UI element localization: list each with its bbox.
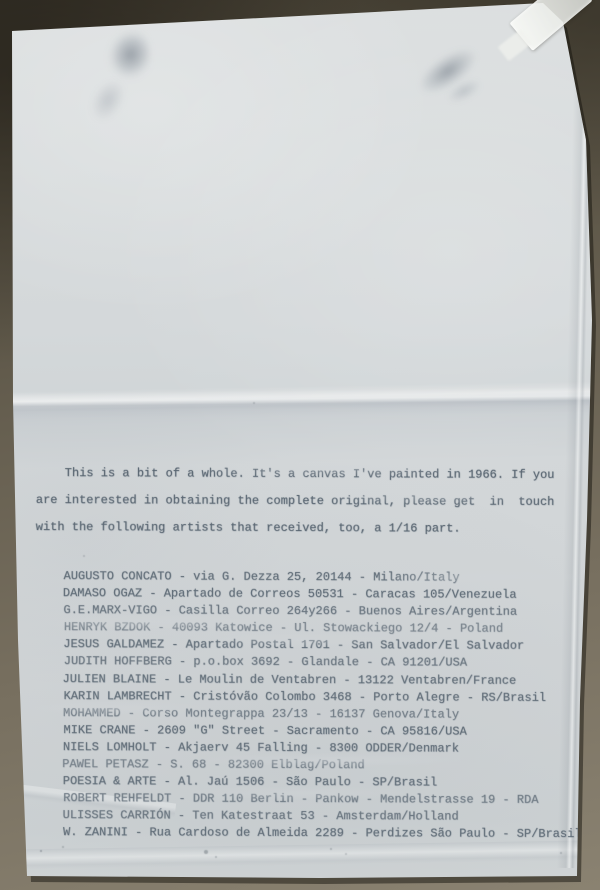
typed-line: ULISSES CARRIÓN - Ten Katestraat 53 - Am… <box>63 807 582 826</box>
typed-line: HENRYK BZDOK - 40093 Katowice - Ul. Stow… <box>64 619 583 638</box>
typed-line: MIKE CRANE - 2609 "G" Street - Sacrament… <box>63 722 582 741</box>
typed-line: G.E.MARX-VIGO - Casilla Correo 264y266 -… <box>63 602 582 621</box>
typed-line: MOHAMMED - Corso Montegrappa 23/13 - 161… <box>63 705 582 724</box>
letter-paragraph: This is a bit of a whole. It's a canvas … <box>36 460 555 543</box>
typed-line: DAMASO OGAZ - Apartado de Correos 50531 … <box>63 585 582 604</box>
typed-text-area: This is a bit of a whole. It's a canvas … <box>0 0 600 890</box>
typed-line: NIELS LOMHOLT - Akjaerv 45 Falling - 830… <box>63 739 582 758</box>
typed-line: KARIN LAMBRECHT - Cristóvão Colombo 3468… <box>64 688 583 707</box>
typed-line: W. ZANINI - Rua Cardoso de Almeida 2289 … <box>63 824 582 843</box>
typed-line: JUDITH HOFFBERG - p.o.box 3692 - Glandal… <box>64 654 583 673</box>
typed-line: PAWEL PETASZ - S. 68 - 82300 Elblag/Pola… <box>62 756 581 775</box>
dirt-specks <box>0 0 2 2</box>
typed-line: JULIEN BLAINE - Le Moulin de Ventabren -… <box>63 671 582 690</box>
typed-line: POESIA & ARTE - Al. Jaú 1506 - São Paulo… <box>63 773 582 792</box>
letter-paper: This is a bit of a whole. It's a canvas … <box>0 0 600 890</box>
recipient-list: AUGUSTO CONCATO - via G. Dezza 25, 20144… <box>63 568 583 843</box>
typed-line: JESUS GALDAMEZ - Apartado Postal 1701 - … <box>63 636 582 655</box>
typed-line: ROBERT REHFELDT - DDR 110 Berlin - Panko… <box>63 790 582 809</box>
typed-line: AUGUSTO CONCATO - via G. Dezza 25, 20144… <box>64 568 583 587</box>
